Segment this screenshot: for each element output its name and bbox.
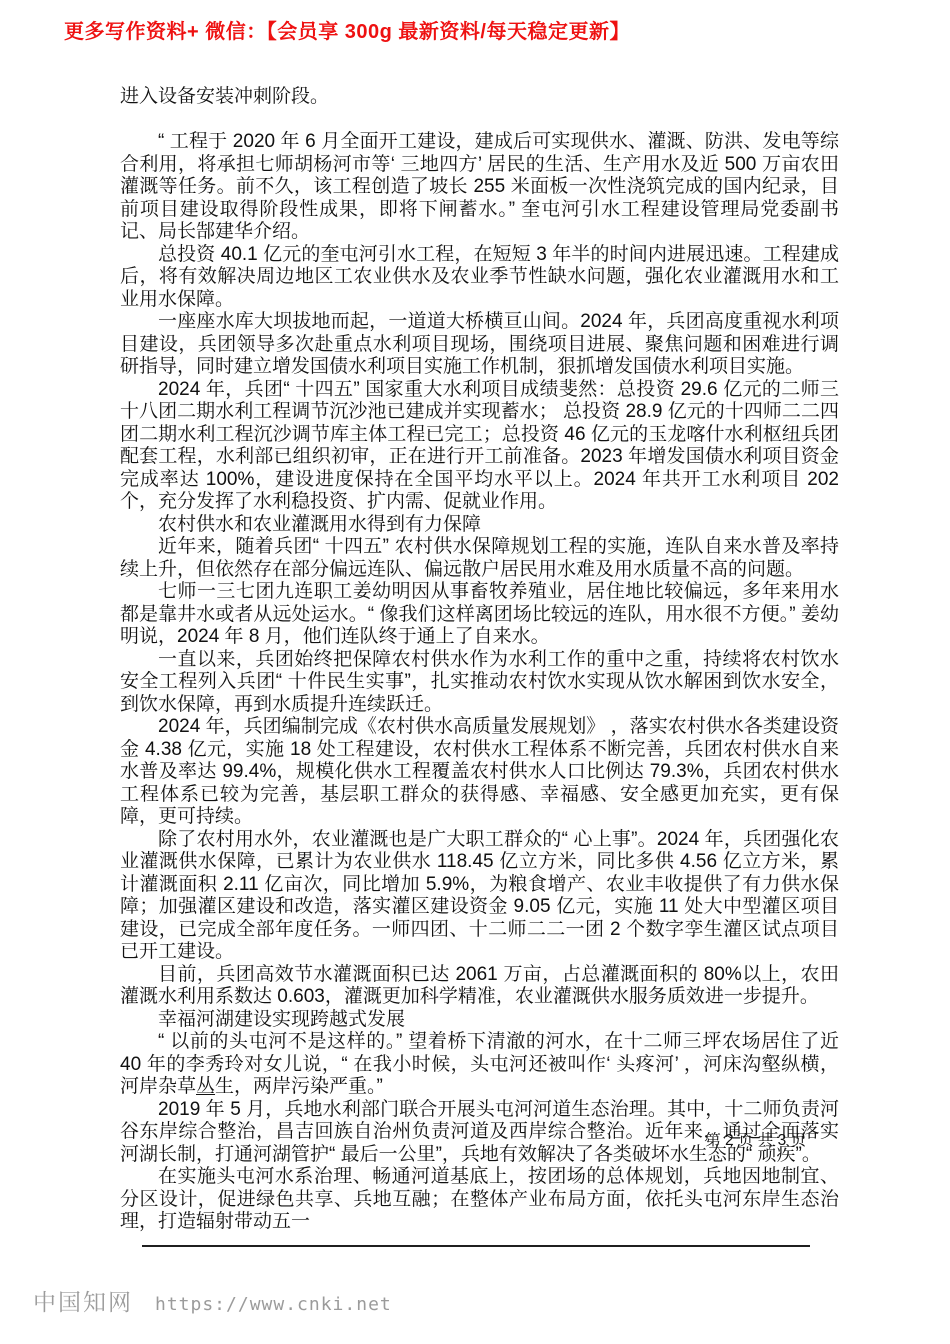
underlined-character: 丛 <box>196 1076 215 1097</box>
body-paragraph: 七师一三七团九连职工姜幼明因从事畜牧养殖业，居住地比较偏远，多年来用水都是靠井水… <box>120 581 839 649</box>
body-paragraph: 在实施头屯河水系治理、畅通河道基底上，按团场的总体规划，兵地因地制宜、分区设计，… <box>120 1166 839 1234</box>
body-paragraph: 除了农村用水外，农业灌溉也是广大职工群众的“ 心上事”。2024 年，兵团强化农… <box>120 829 839 964</box>
body-paragraph: 一座座水库大坝拔地而起，一道道大桥横亘山间。2024 年，兵团高度重视水利项目建… <box>120 311 839 379</box>
body-paragraph: 总投资 40.1 亿元的奎屯河引水工程，在短短 3 年半的时间内进展迅速。工程建… <box>120 244 839 312</box>
body-paragraph: “ 工程于 2020 年 6 月全面开工建设，建成后可实现供水、灌溉、防洪、发电… <box>120 131 839 244</box>
section-heading: 农村供水和农业灌溉用水得到有力保障 <box>120 514 839 537</box>
footer-divider <box>142 1245 810 1247</box>
body-paragraph: 目前，兵团高效节水灌溉面积已达 2061 万亩，占总灌溉面积的 80%以上，农田… <box>120 964 839 1009</box>
watermark-site-url: https://www.cnki.net <box>155 1294 392 1315</box>
body-paragraph: 2024 年，兵团编制完成《农村供水高质量发展规划》 ，落实农村供水各类建设资金… <box>120 716 839 829</box>
promo-header-text: 更多写作资料+ 微信：【会员享 300g 最新资料/每天稳定更新】 <box>64 15 630 44</box>
body-paragraph: 进入设备安装冲刺阶段。 <box>120 86 839 109</box>
watermark: 中国知网 https://www.cnki.net <box>33 1284 392 1317</box>
body-paragraph: “ 以前的头屯河不是这样的。” 望着桥下清澈的河水，在十二师三坪农场居住了近 4… <box>120 1031 839 1099</box>
watermark-site-name: 中国知网 <box>33 1284 133 1317</box>
body-paragraph: 2024 年，兵团“ 十四五” 国家重大水利项目成绩斐然：总投资 29.6 亿元… <box>120 379 839 514</box>
document-page: 更多写作资料+ 微信：【会员享 300g 最新资料/每天稳定更新】 进入设备安装… <box>0 0 950 1344</box>
document-body: 进入设备安装冲刺阶段。“ 工程于 2020 年 6 月全面开工建设，建成后可实现… <box>120 86 839 1234</box>
section-heading: 幸福河湖建设实现跨越式发展 <box>120 1009 839 1032</box>
body-paragraph: 近年来，随着兵团“ 十四五” 农村供水保障规划工程的实施，连队自来水普及率持续上… <box>120 536 839 581</box>
body-paragraph: 一直以来，兵团始终把保障农村供水作为水利工作的重中之重，持续将农村饮水安全工程列… <box>120 649 839 717</box>
page-number: 第 2 页 共 3 页 <box>120 1128 806 1150</box>
